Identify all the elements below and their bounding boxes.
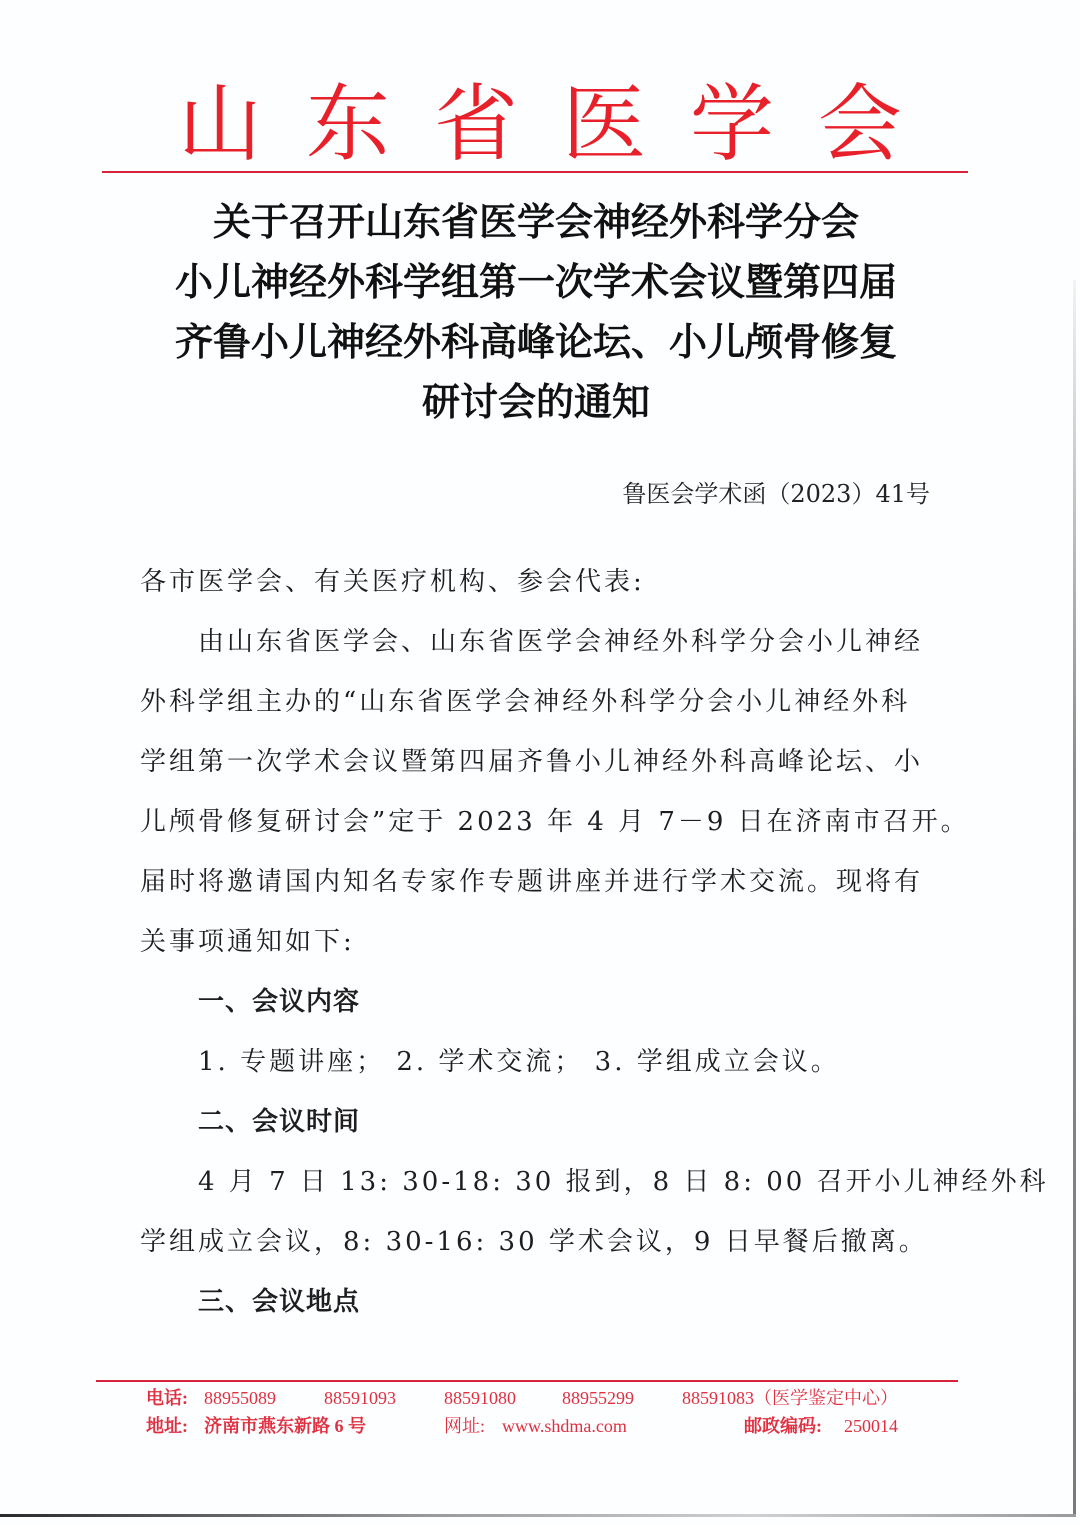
title-line: 小儿神经外科学组第一次学术会议暨第四届 xyxy=(100,252,972,312)
scan-edge-bottom xyxy=(0,1514,1076,1517)
scan-edge-right xyxy=(1073,280,1076,1516)
letterhead-footer: 电话: 88955089 88591093 88591080 88955299 … xyxy=(146,1384,916,1440)
body-line: 学组第一次学术会议暨第四届齐鲁小儿神经外科高峰论坛、小 xyxy=(140,732,932,792)
body-line: 关事项通知如下: xyxy=(140,912,932,972)
section-heading-time: 二、会议时间 xyxy=(140,1092,932,1152)
body-line: 外科学组主办的“山东省医学会神经外科学分会小儿神经外科 xyxy=(140,672,932,732)
phone-label: 电话: xyxy=(146,1384,188,1412)
address-label: 地址: xyxy=(146,1412,188,1440)
address-value: 济南市燕东新路 6 号 xyxy=(204,1412,366,1440)
body-line: 由山东省医学会、山东省医学会神经外科学分会小儿神经 xyxy=(140,612,932,672)
body-line: 届时将邀请国内知名专家作专题讲座并进行学术交流。现将有 xyxy=(140,852,932,912)
letterhead-char: 省 xyxy=(434,78,518,170)
letterhead-divider xyxy=(102,171,968,173)
title-line: 研讨会的通知 xyxy=(100,372,972,432)
body-line: 1. 专题讲座； 2. 学术交流； 3. 学组成立会议。 xyxy=(140,1032,932,1092)
postcode-label: 邮政编码: xyxy=(744,1412,822,1440)
document-body: 各市医学会、有关医疗机构、参会代表: 由山东省医学会、山东省医学会神经外科学分会… xyxy=(140,552,932,1332)
website-link[interactable]: www.shdma.com xyxy=(502,1412,627,1440)
body-line: 儿颅骨修复研讨会”定于 2023 年 4 月 7－9 日在济南市召开。 xyxy=(140,792,932,852)
letterhead-char: 会 xyxy=(818,78,902,170)
title-line: 关于召开山东省医学会神经外科学分会 xyxy=(100,192,972,252)
footer-address-row: 地址: 济南市燕东新路 6 号 网址: www.shdma.com 邮政编码: … xyxy=(146,1412,916,1440)
phone-number: 88591080 xyxy=(444,1384,516,1412)
letterhead-char: 医 xyxy=(562,78,646,170)
phone-number: 88955089 xyxy=(204,1384,276,1412)
footer-divider xyxy=(96,1380,958,1382)
letterhead-char: 山 xyxy=(178,78,262,170)
section-heading-content: 一、会议内容 xyxy=(140,972,932,1032)
body-line: 4 月 7 日 13: 30-18: 30 报到，8 日 8: 00 召开小儿神… xyxy=(140,1152,932,1212)
letterhead-org-name: 山 东 省 医 学 会 xyxy=(100,78,980,170)
website-label: 网址: xyxy=(444,1412,485,1440)
document-number: 鲁医会学术函（2023）41号 xyxy=(622,476,930,512)
phone-number: 88591083（医学鉴定中心） xyxy=(682,1384,898,1412)
section-heading-location: 三、会议地点 xyxy=(140,1272,932,1332)
body-line: 学组成立会议，8: 30-16: 30 学术会议，9 日早餐后撤离。 xyxy=(140,1212,932,1272)
letterhead-char: 学 xyxy=(690,78,774,170)
phone-number: 88591093 xyxy=(324,1384,396,1412)
title-line: 齐鲁小儿神经外科高峰论坛、小儿颅骨修复 xyxy=(100,312,972,372)
phone-number: 88955299 xyxy=(562,1384,634,1412)
letterhead-char: 东 xyxy=(306,78,390,170)
footer-phone-row: 电话: 88955089 88591093 88591080 88955299 … xyxy=(146,1384,916,1412)
postcode-value: 250014 xyxy=(844,1412,898,1440)
document-page: 山 东 省 医 学 会 关于召开山东省医学会神经外科学分会 小儿神经外科学组第一… xyxy=(0,0,1080,1525)
salutation: 各市医学会、有关医疗机构、参会代表: xyxy=(140,552,932,612)
document-title: 关于召开山东省医学会神经外科学分会 小儿神经外科学组第一次学术会议暨第四届 齐鲁… xyxy=(100,192,972,432)
